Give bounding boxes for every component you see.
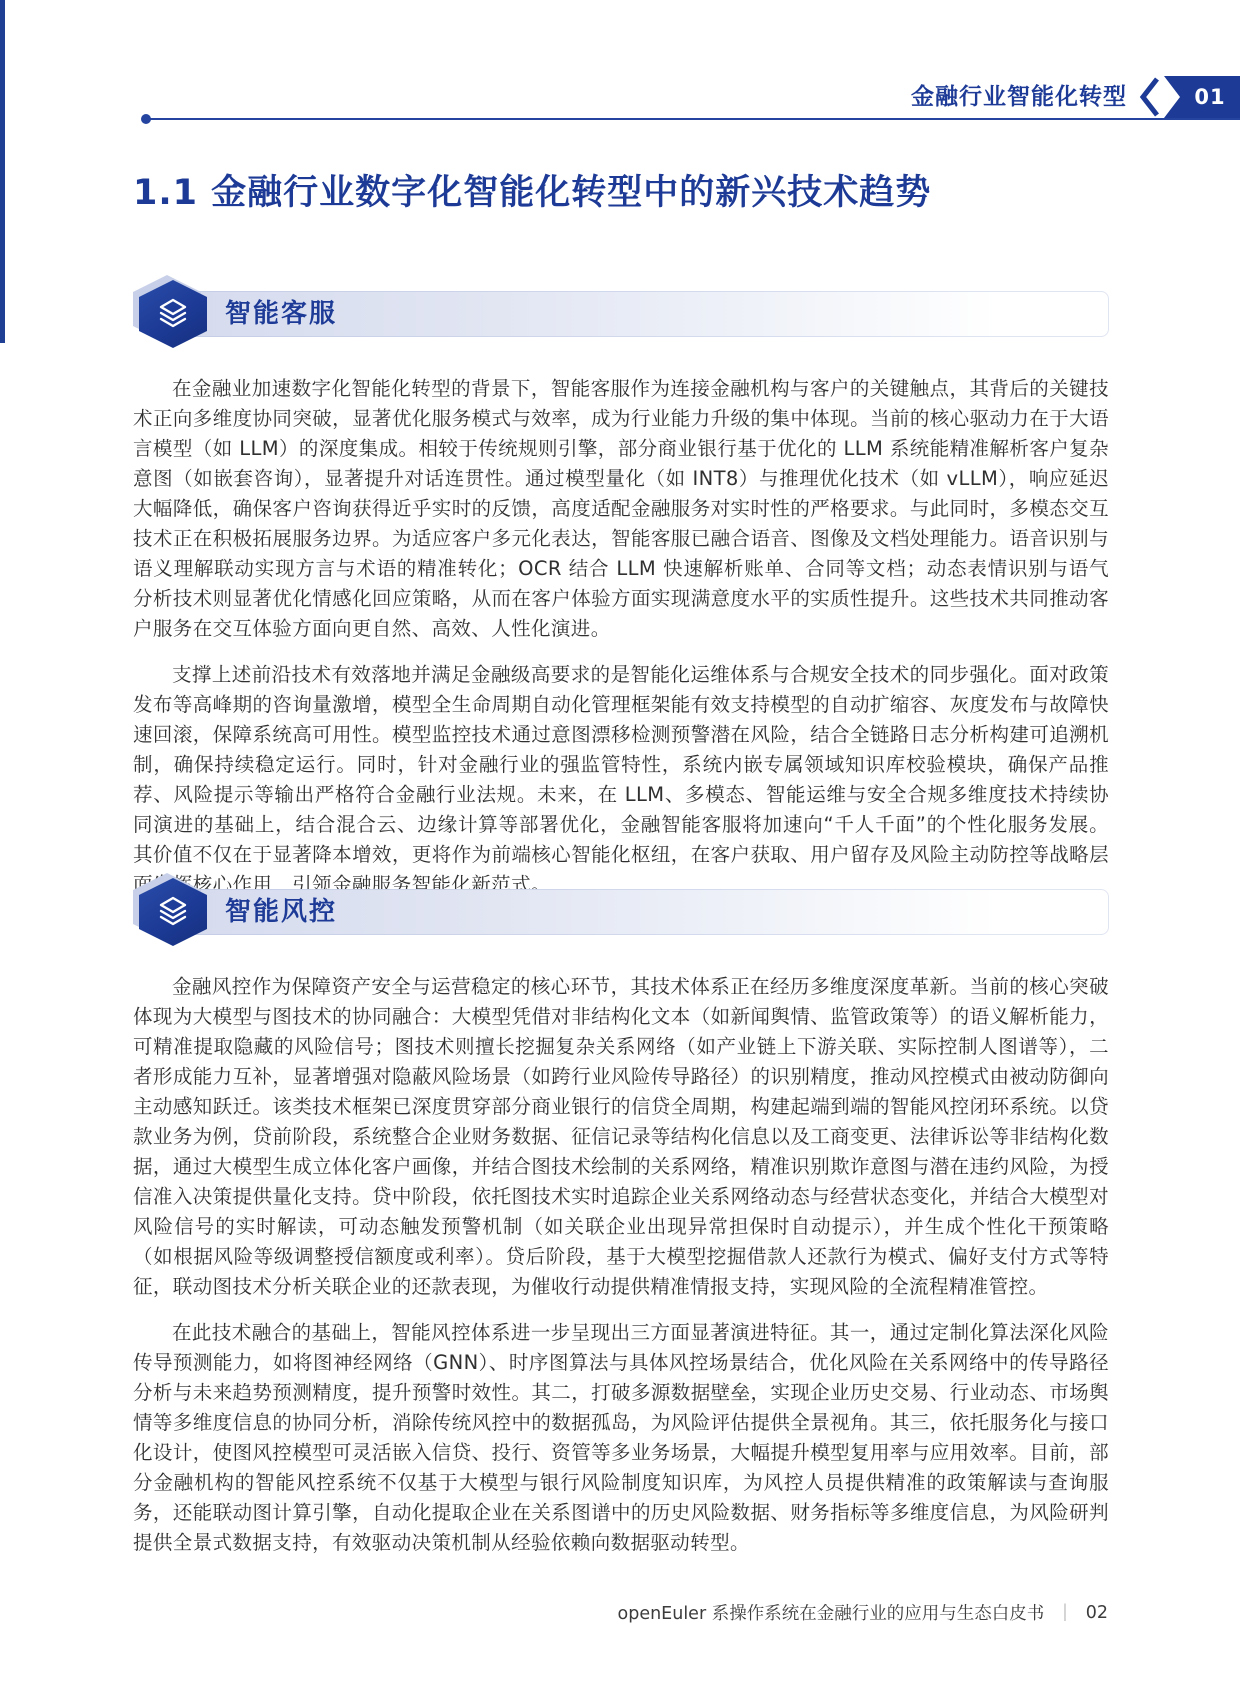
- footer-page-number: 02: [1086, 1603, 1108, 1623]
- chapter-number-badge: 01: [1164, 76, 1240, 118]
- section-badge: [139, 878, 207, 946]
- section-body: 金融风控作为保障资产安全与运营稳定的核心环节，其技术体系正在经历多维度深度革新。…: [133, 972, 1109, 1558]
- page-title: 1.1 金融行业数字化智能化转型中的新兴技术趋势: [133, 170, 1113, 216]
- footer-book-title: openEuler 系操作系统在金融行业的应用与生态白皮书: [618, 1600, 1045, 1625]
- section-body: 在金融业加速数字化智能化转型的背景下，智能客服作为连接金融机构与客户的关键触点，…: [133, 374, 1109, 900]
- page-header: 金融行业智能化转型 01: [911, 76, 1240, 118]
- footer-separator: ｜: [1056, 1600, 1074, 1625]
- page-footer: openEuler 系操作系统在金融行业的应用与生态白皮书 ｜ 02: [618, 1600, 1109, 1625]
- header-section-label: 金融行业智能化转型: [911, 76, 1127, 118]
- layers-icon: [155, 296, 191, 332]
- hexagon-badge: [139, 878, 207, 946]
- section-intelligent-customer-service: 智能客服 在金融业加速数字化智能化转型的背景下，智能客服作为连接金融机构与客户的…: [133, 280, 1109, 900]
- header-rule: [144, 118, 1240, 120]
- chevron-left-icon: [1137, 76, 1161, 118]
- hexagon-badge: [139, 280, 207, 348]
- paragraph: 在金融业加速数字化智能化转型的背景下，智能客服作为连接金融机构与客户的关键触点，…: [133, 374, 1109, 644]
- section-badge: [139, 280, 207, 348]
- left-accent-bar: [0, 0, 5, 343]
- section-label: 智能风控: [225, 889, 337, 935]
- paragraph: 在此技术融合的基础上，智能风控体系进一步呈现出三方面显著演进特征。其一，通过定制…: [133, 1318, 1109, 1558]
- section-header: 智能客服: [133, 280, 1109, 348]
- section-intelligent-risk-control: 智能风控 金融风控作为保障资产安全与运营稳定的核心环节，其技术体系正在经历多维度…: [133, 878, 1109, 1558]
- paragraph: 金融风控作为保障资产安全与运营稳定的核心环节，其技术体系正在经历多维度深度革新。…: [133, 972, 1109, 1302]
- layers-icon: [155, 894, 191, 930]
- paragraph: 支撑上述前沿技术有效落地并满足金融级高要求的是智能化运维体系与合规安全技术的同步…: [133, 660, 1109, 900]
- section-label: 智能客服: [225, 291, 337, 337]
- section-header: 智能风控: [133, 878, 1109, 946]
- rule-dot: [141, 114, 151, 124]
- document-page: 金融行业智能化转型 01 1.1 金融行业数字化智能化转型中的新兴技术趋势 智能…: [0, 0, 1240, 1683]
